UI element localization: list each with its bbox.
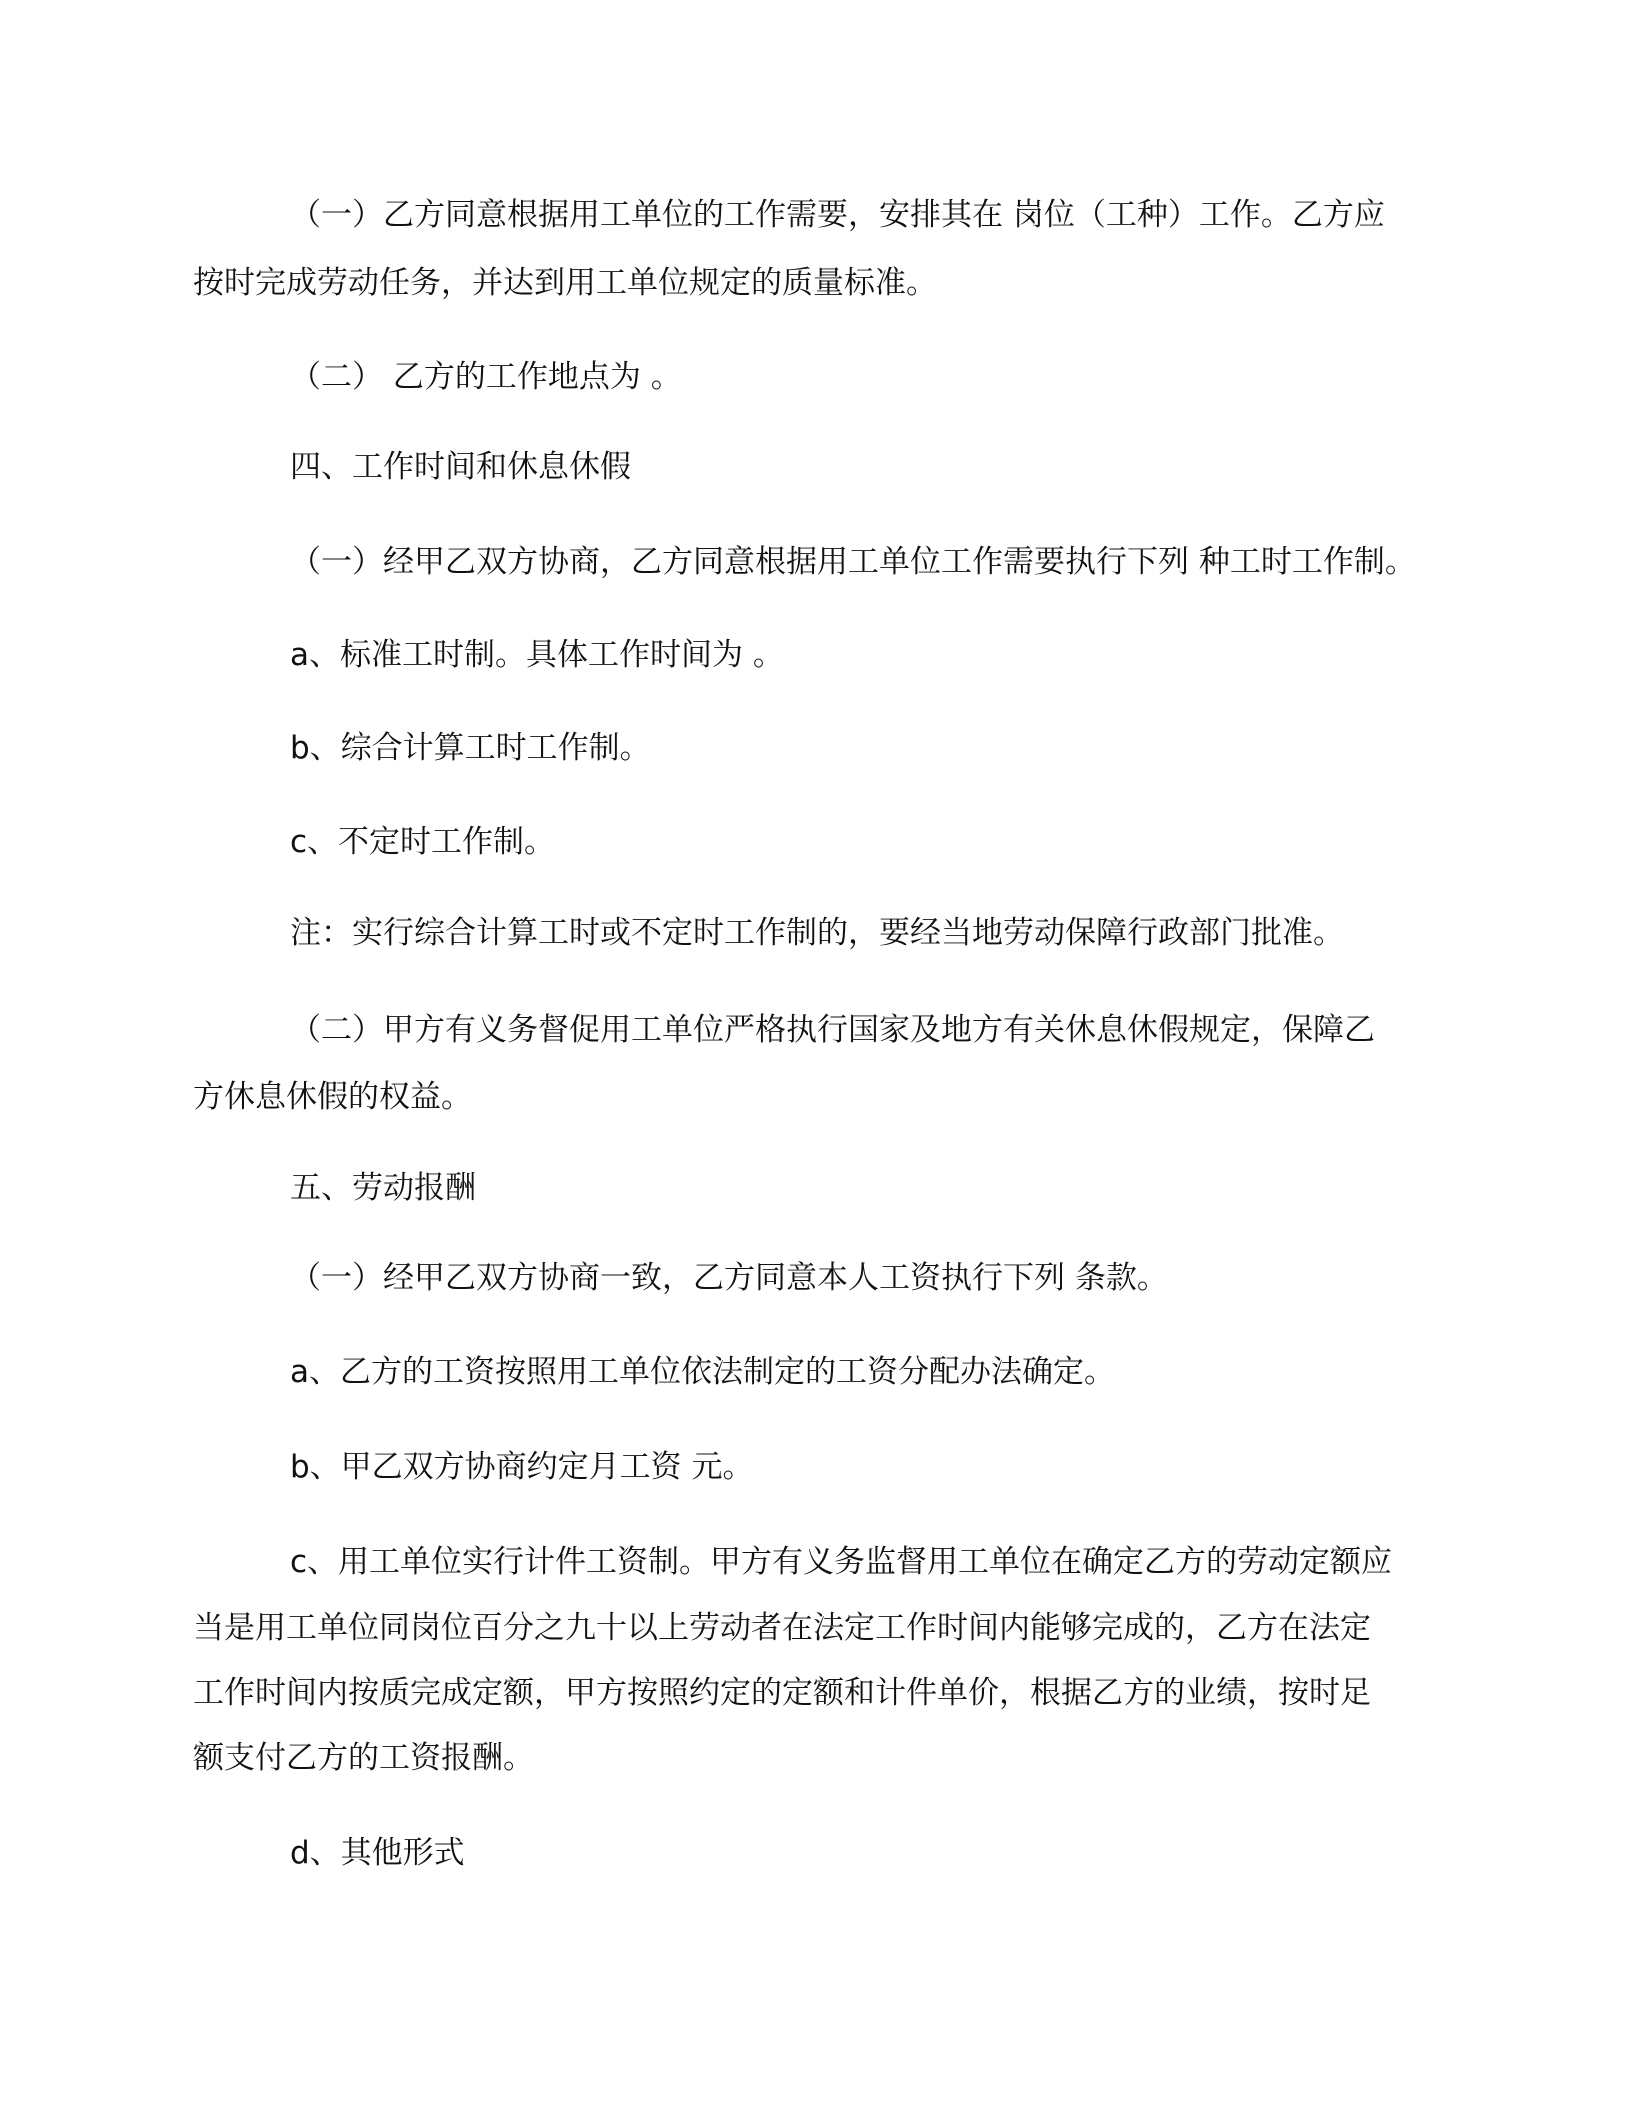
paragraph-4-note: 注：实行综合计算工时或不定时工作制的，要经当地劳动保障行政部门批准。	[290, 913, 1344, 953]
paragraph-5-1-a: a、乙方的工资按照用工单位依法制定的工资分配办法确定。	[290, 1352, 1115, 1392]
paragraph-4-1-b: b、综合计算工时工作制。	[290, 728, 651, 768]
paragraph-5-1-d: d、其他形式	[290, 1833, 465, 1873]
paragraph-3-1-line-1: （一）乙方同意根据用工单位的工作需要，安排其在 岗位（工种）工作。乙方应	[290, 195, 1385, 235]
document-page: （一）乙方同意根据用工单位的工作需要，安排其在 岗位（工种）工作。乙方应 按时完…	[0, 0, 1632, 2112]
paragraph-5-1: （一）经甲乙双方协商一致，乙方同意本人工资执行下列 条款。	[290, 1258, 1168, 1298]
paragraph-4-2-line-2: 方休息休假的权益。	[193, 1077, 472, 1117]
paragraph-4-1: （一）经甲乙双方协商，乙方同意根据用工单位工作需要执行下列 种工时工作制。	[290, 542, 1416, 582]
section-heading-4: 四、工作时间和休息休假	[290, 447, 631, 487]
section-heading-5: 五、劳动报酬	[290, 1168, 476, 1208]
paragraph-4-1-a: a、标准工时制。具体工作时间为 。	[290, 635, 784, 675]
paragraph-4-2-line-1: （二）甲方有义务督促用工单位严格执行国家及地方有关休息休假规定，保障乙	[290, 1010, 1375, 1050]
paragraph-4-1-c: c、不定时工作制。	[290, 822, 555, 862]
paragraph-3-1-line-2: 按时完成劳动任务，并达到用工单位规定的质量标准。	[193, 263, 937, 303]
paragraph-5-1-b: b、甲乙双方协商约定月工资 元。	[290, 1447, 754, 1487]
paragraph-3-2: （二） 乙方的工作地点为 。	[290, 357, 682, 397]
paragraph-5-1-c-line-2: 当是用工单位同岗位百分之九十以上劳动者在法定工作时间内能够完成的，乙方在法定	[193, 1608, 1371, 1648]
paragraph-5-1-c-line-1: c、用工单位实行计件工资制。甲方有义务监督用工单位在确定乙方的劳动定额应	[290, 1542, 1392, 1582]
paragraph-5-1-c-line-3: 工作时间内按质完成定额，甲方按照约定的定额和计件单价，根据乙方的业绩，按时足	[193, 1673, 1371, 1713]
paragraph-5-1-c-line-4: 额支付乙方的工资报酬。	[193, 1738, 534, 1778]
